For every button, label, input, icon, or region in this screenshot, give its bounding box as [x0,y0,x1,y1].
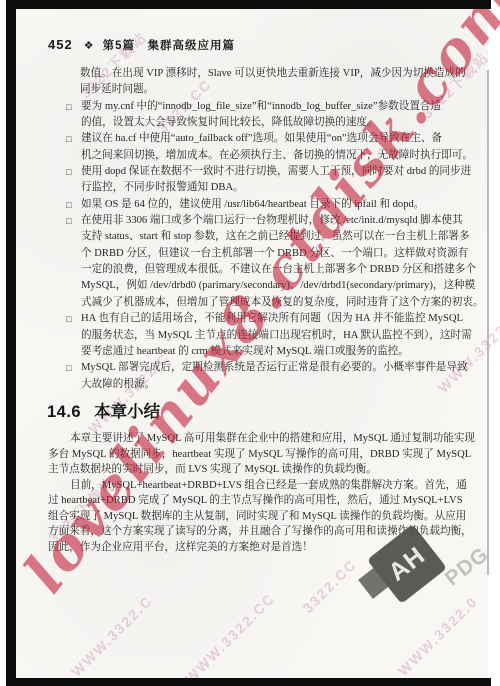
bullet-square-icon: □ [66,213,71,229]
scanned-book-page: 3322下载站 3322.CC 3322下载站 WWW.3322.0 WWW.3… [0,0,500,686]
bullet-square-icon: □ [66,197,71,213]
page-number: 452 [48,37,73,52]
body-line-text: 的值，设置太大会导致恢复时间比较长，降低故障切换的速度。 [81,117,378,128]
scan-border-top [6,0,491,9]
ornament-icon: ❖ [84,40,94,52]
bullet-square-icon: □ [66,164,71,180]
scan-edge-line-right [487,70,489,575]
body-line-text: 同步延时问题。 [80,84,154,95]
bullet-square-icon: □ [66,131,71,147]
body-line-text: 使用 dopd 保证在数据不一致时不进行切换，需要人工干预，同时要对 drbd … [81,166,471,177]
bullet-square-icon: □ [66,311,71,327]
body-line: 支持 status、start 和 stop 参数，这在之前已经提到过。虽然可以… [48,229,470,245]
body-line: 大故障的根源。 [48,377,470,393]
body-line: 行监控，不同步时报警通知 DBA。 [48,180,470,196]
bullet-square-icon: □ [66,99,71,115]
part-title: 第5篇 集群高级应用篇 [103,40,235,52]
ah-watermark-label: AH [383,541,431,587]
body-line: □MySQL 部署完成后，定期检测系统是否运行正常是很有必要的。小概率事件是导致 [48,360,470,376]
body-line-text: MySQL 部署完成后，定期检测系统是否运行正常是很有必要的。小概率事件是导致 [81,362,468,373]
body-line: □使用 dopd 保证在数据不一致时不进行切换，需要人工干预，同时要对 drbd… [48,164,470,180]
body-line: □在使用非 3306 端口或多个端口运行一台物理机时，修改 /etc/init.… [48,213,470,229]
body-line-text: 大故障的根源。 [81,379,155,390]
bullet-square-icon: □ [66,360,71,376]
page-header: 452❖第5篇 集群高级应用篇 [48,36,235,54]
scan-border-left [6,0,16,686]
scan-border-bottom [6,678,491,686]
body-line-text: 行监控，不同步时报警通知 DBA。 [81,182,244,193]
section-number: 14.6 [47,403,81,421]
body-line-text: 在使用非 3306 端口或多个端口运行一台物理机时，修改 /etc/init.d… [81,215,463,226]
body-line: □如果 OS 是 64 位的，建议使用 /usr/lib64/heartbeat… [48,197,470,213]
